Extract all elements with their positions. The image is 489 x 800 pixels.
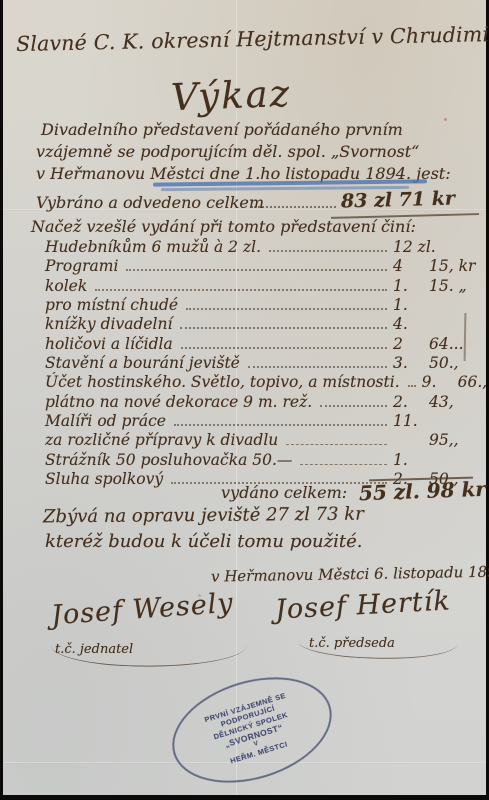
dash-leader xyxy=(286,444,387,445)
expense-row: pro místní chudé 1. xyxy=(45,296,477,314)
signature-flourish-left xyxy=(51,633,248,671)
item-label: plátno na nové dekorace 9 m. rež. xyxy=(45,393,312,411)
signature-name-right: Josef Hertík xyxy=(274,585,451,625)
item-label: Programi xyxy=(45,257,118,275)
expense-row: knížky divadelní 4. xyxy=(45,315,477,333)
remainder-line-2: kteréž budou k účeli tomu použité. xyxy=(45,531,363,552)
zl-value: 1. xyxy=(393,451,429,469)
zl-value: 12 zl. xyxy=(393,238,429,256)
kr-value: 43, xyxy=(429,393,477,411)
item-label: Strážník 50 posluhovačka 50.— xyxy=(45,451,292,469)
dot-leader xyxy=(126,269,387,271)
dot-leader xyxy=(251,196,336,208)
document-photo: Slavné C. K. okresní Hejtmanství v Chrud… xyxy=(0,0,489,800)
dot-leader xyxy=(174,424,387,426)
dot-leader xyxy=(248,366,387,368)
expense-row: Malíři od práce 11. xyxy=(45,412,477,430)
zl-value: 2 xyxy=(393,335,429,353)
intro-line-2: vzájemně se podporujícím děl. spol. „Svo… xyxy=(36,142,419,161)
dateline: v Heřmanovu Městci 6. listopadu 1894. xyxy=(211,562,489,585)
item-label: Stavění a bourání jeviště xyxy=(45,354,240,372)
kr-value: 50., xyxy=(429,354,477,372)
total-label: vydáno celkem: xyxy=(221,483,347,502)
item-label: Sluha spolkový xyxy=(45,470,163,488)
kr-value: 15, kr xyxy=(429,257,477,275)
income-label: Vybráno a odvedeno celkem xyxy=(36,193,264,212)
expense-row: Účet hostinského. Světlo, topivo, a míst… xyxy=(45,373,477,391)
kr-value: 95,, xyxy=(429,431,477,449)
dot-leader xyxy=(95,289,387,291)
item-label: kolek xyxy=(45,277,87,295)
expense-row: Hudebníkům 6 mužů à 2 zl. 12 zl. xyxy=(45,238,477,256)
dot-leader xyxy=(408,385,416,387)
document-title: Výkaz xyxy=(170,72,292,119)
expense-row: za rozličné přípravy k divadlu 95,, xyxy=(45,431,477,449)
expense-row: Programi 4 15, kr xyxy=(45,257,477,275)
dash-leader xyxy=(300,464,387,465)
kr-value: 66., xyxy=(458,373,489,391)
item-label: knížky divadelní xyxy=(45,315,172,333)
zl-value: 3. xyxy=(393,354,429,372)
expense-row: plátno na nové dekorace 9 m. rež. 2. 43, xyxy=(45,393,477,411)
kr-value: 15. „ xyxy=(429,277,477,295)
dot-leader xyxy=(181,347,387,349)
zl-value: 4. xyxy=(393,315,429,333)
item-label: za rozličné přípravy k divadlu xyxy=(45,431,278,449)
kr-value: 64... xyxy=(429,335,477,353)
dot-leader xyxy=(186,308,387,310)
addressee-header: Slavné C. K. okresní Hejtmanství v Chrud… xyxy=(16,22,489,56)
signature-name-left: Josef Wesely xyxy=(50,588,234,632)
zl-value: 11. xyxy=(393,412,429,430)
society-oval-stamp: PRVNÍ VZÁJEMNĚ SE PODPORUJÍCÍ DĚLNICKÝ S… xyxy=(159,659,344,800)
expense-row: holičovi a líčidla 2 64... xyxy=(45,335,477,353)
dot-leader xyxy=(269,250,387,252)
expense-table: Hudebníkům 6 mužů à 2 zl. 12 zl. Program… xyxy=(45,238,477,488)
expense-intro: Načež vzešlé vydání při tomto představen… xyxy=(31,217,416,236)
item-label: pro místní chudé xyxy=(45,296,178,314)
dot-leader xyxy=(180,327,387,329)
zl-value: 2. xyxy=(393,393,429,411)
zl-value: 4 xyxy=(393,257,429,275)
paper-sheet: Slavné C. K. okresní Hejtmanství v Chrud… xyxy=(3,0,486,795)
expense-row: Strážník 50 posluhovačka 50.— 1. xyxy=(45,451,477,469)
zl-value: 9. xyxy=(422,373,458,391)
expense-row: kolek 1. 15. „ xyxy=(45,277,477,295)
zl-value: 1. xyxy=(393,277,429,295)
item-label: Účet hostinského. Světlo, topivo, a míst… xyxy=(45,373,400,391)
dot-leader xyxy=(320,405,387,407)
intro-line-1: Divadelního představení pořádaného první… xyxy=(41,120,403,139)
total-amount: 55 zl. 98 kr xyxy=(359,477,487,505)
item-label: Malíři od práce xyxy=(45,412,166,430)
income-amount: 83 zl 71 kr xyxy=(341,188,455,213)
zl-value: 1. xyxy=(393,296,429,314)
remainder-line-1: Zbývá na opravu jeviště 27 zl 73 kr xyxy=(43,504,364,528)
item-label: holičovi a líčidla xyxy=(45,335,173,353)
signature-flourish-right xyxy=(298,626,457,663)
expense-row: Stavění a bourání jeviště 3. 50., xyxy=(45,354,477,372)
item-label: Hudebníkům 6 mužů à 2 zl. xyxy=(45,238,261,256)
